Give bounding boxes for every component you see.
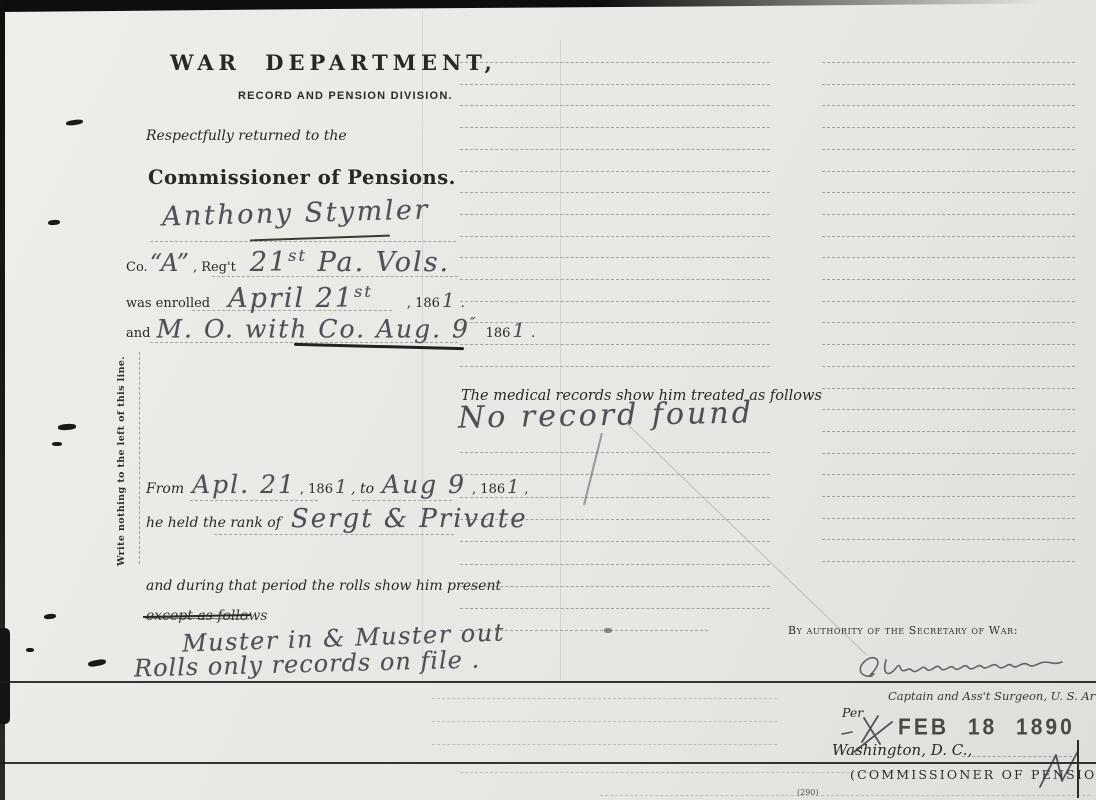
ruled-dotted-line [460, 452, 770, 453]
ruled-dotted-line [460, 105, 770, 106]
ruled-dotted-line [460, 586, 770, 587]
ruled-dotted-line [460, 62, 770, 63]
regt-ordinal-sup: st [288, 246, 307, 265]
department-title: WAR DEPARTMENT, [170, 50, 497, 75]
regt-label: , Reg't [193, 260, 236, 275]
from-label: From [146, 481, 184, 497]
surgeon-signature [852, 650, 1080, 684]
mo-label: and [126, 326, 150, 341]
ruled-dotted-line [432, 698, 777, 699]
ruled-dotted-line [460, 279, 770, 280]
from-year-digit: 1 [335, 476, 349, 498]
enrolled-label: was enrolled [126, 296, 210, 311]
ruled-dotted-line [822, 301, 1075, 302]
ruled-dotted-line [460, 214, 770, 215]
mo-year-prefix: 186 [486, 326, 511, 341]
ruled-dotted-line [822, 409, 1075, 410]
to-year-digit: 1 [507, 476, 521, 498]
form-rule [212, 276, 458, 277]
form-number: (290) [797, 788, 819, 797]
date-stamp: FEB 18 1890 [898, 715, 1075, 741]
form-rule [214, 534, 454, 535]
mo-heavy-underline [294, 343, 464, 350]
medical-records-value: No record found [458, 395, 754, 435]
ruled-dotted-line [460, 127, 770, 128]
ink-speck [44, 613, 56, 619]
vertical-crease [560, 40, 561, 680]
signer-title: Captain and Ass't Surgeon, U. S. Army [888, 689, 1096, 703]
ruled-dotted-line [822, 474, 1075, 475]
returned-to-label: Respectfully returned to the [146, 128, 347, 144]
fold-line [0, 762, 1096, 764]
ruled-dotted-line [822, 171, 1075, 172]
to-label: , to [351, 481, 374, 497]
company-regiment-line: Co. “A” , Reg't 21st Pa. Vols. [126, 246, 450, 278]
scan-top-edge-artifact [0, 0, 1096, 12]
ink-speck [66, 119, 84, 126]
ruled-dotted-line [822, 257, 1075, 258]
ruled-dotted-line [822, 62, 1075, 63]
ruled-dotted-line [460, 149, 770, 150]
ruled-dotted-line [460, 301, 770, 302]
ruled-dotted-line [822, 453, 1075, 454]
form-rule [352, 500, 452, 501]
regt-value-handwritten: 21st Pa. Vols. [250, 246, 450, 278]
to-date-handwritten: Aug 9 [382, 470, 466, 499]
ruled-dotted-line [432, 744, 777, 745]
mo-year-digit: 1 [512, 318, 527, 342]
ruled-dotted-line [460, 171, 770, 172]
ruled-dotted-line [822, 279, 1075, 280]
ruled-dotted-line [822, 539, 1075, 540]
ruled-dotted-line [600, 795, 1090, 796]
mo-period: . [531, 326, 535, 341]
ruled-dotted-line [822, 105, 1075, 106]
ruled-dotted-line [822, 518, 1075, 519]
ink-speck [58, 423, 76, 430]
ruled-dotted-line [822, 214, 1075, 215]
ruled-dotted-line [822, 149, 1075, 150]
ruled-dotted-line [460, 772, 910, 773]
check-mark-handwritten [1036, 747, 1082, 795]
ruled-dotted-line [460, 366, 770, 367]
ruled-dotted-line [460, 541, 770, 542]
ruled-dotted-line [822, 496, 1075, 497]
form-rule [150, 241, 456, 242]
soldier-name-handwritten: Anthony Stymler [162, 194, 431, 232]
ruled-dotted-line [432, 721, 777, 722]
ruled-dotted-line [822, 192, 1075, 193]
mustered-out-line: and M. O. with Co. Aug. 9″ 186 1 . [126, 314, 535, 343]
ruled-dotted-line [822, 431, 1075, 432]
ruled-dotted-line [460, 192, 770, 193]
ink-speck [52, 442, 62, 446]
from-date-handwritten: Apl. 21 [192, 470, 296, 499]
ruled-dotted-line [822, 84, 1075, 85]
co-label: Co. [126, 260, 148, 275]
addressee-title: Commissioner of Pensions. [148, 166, 456, 189]
form-rule [190, 500, 318, 501]
form-rule [192, 310, 392, 311]
scan-left-edge-blotch [0, 628, 10, 724]
rank-line: he held the rank of Sergt & Private [146, 504, 528, 534]
co-value-handwritten: “A” [150, 249, 191, 277]
enrolled-period: . [461, 296, 465, 311]
ruled-dotted-line [822, 236, 1075, 237]
ruled-dotted-line [460, 608, 770, 609]
authority-label: By authority of the Secretary of War: [788, 624, 1018, 637]
service-period-line: From Apl. 21 , 186 1 , to Aug 9 , 186 1 … [146, 470, 528, 499]
ruled-dotted-line [460, 564, 770, 565]
regt-unit: Pa. Vols. [307, 247, 450, 278]
service-line-comma: , [524, 482, 528, 497]
ink-speck [88, 658, 107, 667]
scanned-pension-form: WAR DEPARTMENT, RECORD AND PENSION DIVIS… [0, 0, 1096, 800]
to-year-prefix: , 186 [472, 482, 505, 497]
division-subtitle: RECORD AND PENSION DIVISION. [238, 90, 453, 102]
pen-descender-stroke [583, 433, 603, 505]
ruled-dotted-line [822, 344, 1075, 345]
ruled-dotted-line [460, 84, 770, 85]
enrolled-year-prefix: , 186 [407, 296, 440, 311]
rank-value-handwritten: Sergt & Private [291, 504, 528, 534]
ruled-dotted-line [460, 257, 770, 258]
ruled-dotted-line [822, 322, 1075, 323]
place-line: Washington, D. C., [832, 741, 972, 759]
ruled-dotted-line [822, 388, 1075, 389]
enrolled-ordinal-sup: st [354, 282, 373, 301]
rolls-present-text: and during that period the rolls show hi… [146, 578, 501, 594]
ink-speck [48, 219, 60, 225]
enrolled-year-digit: 1 [442, 288, 457, 312]
mo-value-handwritten: M. O. with Co. Aug. 9″ [156, 314, 477, 343]
ruled-dotted-line [822, 127, 1075, 128]
ruled-dotted-line [822, 561, 1075, 562]
ruled-dotted-line [460, 344, 770, 345]
regt-number: 21 [250, 247, 288, 278]
ruled-dotted-line [460, 236, 770, 237]
rank-label: he held the rank of [146, 515, 281, 531]
margin-rule-dashed [139, 352, 140, 564]
ink-speck [26, 648, 34, 652]
from-year-prefix: , 186 [300, 482, 333, 497]
mo-ordinal-sup: ″ [470, 314, 478, 332]
mo-date: M. O. with Co. Aug. 9 [156, 314, 470, 343]
ruled-dotted-line [822, 366, 1075, 367]
margin-note-vertical: Write nothing to the left of this line. [116, 352, 127, 566]
